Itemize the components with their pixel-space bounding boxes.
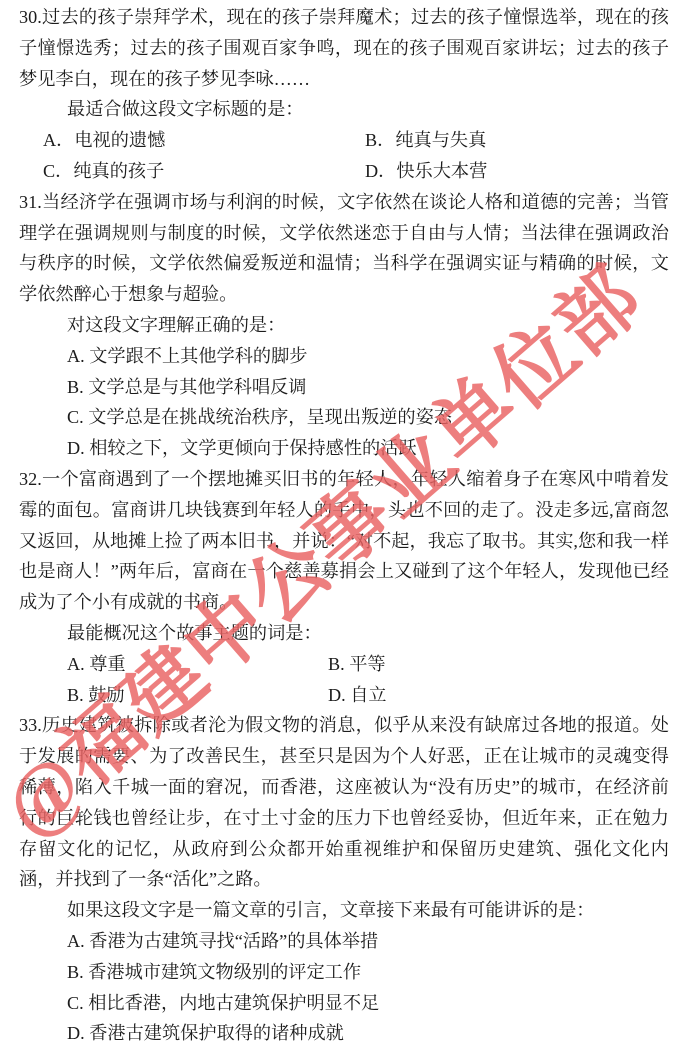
option-32-d: D. 自立 bbox=[328, 680, 669, 711]
question-33-stem: 33.历史建筑被拆除或者沦为假文物的消息，似乎从来没有缺席过各地的报道。处于发展… bbox=[19, 710, 669, 895]
option-33-c: C. 相比香港，内地古建筑保护明显不足 bbox=[19, 988, 669, 1019]
question-33: 33.历史建筑被拆除或者沦为假文物的消息，似乎从来没有缺席过各地的报道。处于发展… bbox=[19, 710, 669, 1049]
option-31-c: C. 文学总是在挑战统治秩序，呈现出叛逆的姿态 bbox=[19, 402, 669, 433]
option-30-c: C．纯真的孩子 bbox=[43, 156, 365, 187]
question-30-stem: 30.过去的孩子崇拜学术，现在的孩子崇拜魔术；过去的孩子憧憬选举，现在的孩子憧憬… bbox=[19, 2, 669, 94]
option-32-c: B. 鼓励 bbox=[67, 680, 328, 711]
exam-page: 30.过去的孩子崇拜学术，现在的孩子崇拜魔术；过去的孩子憧憬选举，现在的孩子憧憬… bbox=[0, 0, 693, 1054]
question-31: 31.当经济学在强调市场与利润的时候，文字依然在谈论人格和道德的完善；当管理学在… bbox=[19, 187, 669, 464]
option-30-d: D．快乐大本营 bbox=[365, 156, 669, 187]
question-32-options: A. 尊重 B. 平等 B. 鼓励 D. 自立 bbox=[19, 649, 669, 711]
question-30: 30.过去的孩子崇拜学术，现在的孩子崇拜魔术；过去的孩子憧憬选举，现在的孩子憧憬… bbox=[19, 2, 669, 187]
question-33-options: A. 香港为古建筑寻找“活路”的具体举措 B. 香港城市建筑文物级别的评定工作 … bbox=[19, 926, 669, 1049]
option-33-d: D. 香港古建筑保护取得的诸种成就 bbox=[19, 1018, 669, 1049]
question-31-options: A. 文学跟不上其他学科的脚步 B. 文学总是与其他学科唱反调 C. 文学总是在… bbox=[19, 341, 669, 464]
question-32-prompt: 最能概况这个故事主题的词是： bbox=[19, 618, 669, 649]
question-33-prompt: 如果这段文字是一篇文章的引言，文章接下来最有可能讲诉的是： bbox=[19, 895, 669, 926]
option-32-b: B. 平等 bbox=[328, 649, 669, 680]
option-31-b: B. 文学总是与其他学科唱反调 bbox=[19, 372, 669, 403]
option-33-a: A. 香港为古建筑寻找“活路”的具体举措 bbox=[19, 926, 669, 957]
option-30-a: A．电视的遗憾 bbox=[43, 125, 365, 156]
option-32-a: A. 尊重 bbox=[67, 649, 328, 680]
option-31-a: A. 文学跟不上其他学科的脚步 bbox=[19, 341, 669, 372]
question-31-stem: 31.当经济学在强调市场与利润的时候，文字依然在谈论人格和道德的完善；当管理学在… bbox=[19, 187, 669, 310]
option-31-d: D. 相较之下，文学更倾向于保持感性的活跃 bbox=[19, 433, 669, 464]
question-30-prompt: 最适合做这段文字标题的是： bbox=[19, 94, 669, 125]
question-32-stem: 32.一个富商遇到了一个摆地摊买旧书的年轻人，年轻人缩着身子在寒风中啃着发霉的面… bbox=[19, 464, 669, 618]
question-31-prompt: 对这段文字理解正确的是： bbox=[19, 310, 669, 341]
question-32: 32.一个富商遇到了一个摆地摊买旧书的年轻人，年轻人缩着身子在寒风中啃着发霉的面… bbox=[19, 464, 669, 710]
question-30-options: A．电视的遗憾 B．纯真与失真 C．纯真的孩子 D．快乐大本营 bbox=[19, 125, 669, 187]
option-33-b: B. 香港城市建筑文物级别的评定工作 bbox=[19, 957, 669, 988]
option-30-b: B．纯真与失真 bbox=[365, 125, 669, 156]
